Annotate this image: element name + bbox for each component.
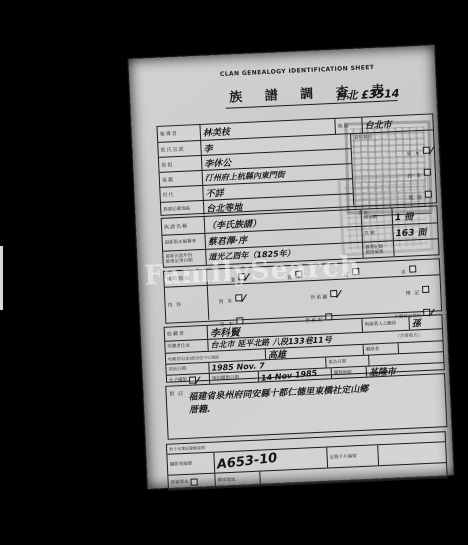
permit-checkbox[interactable] — [189, 376, 196, 383]
office-use-table: 對于本葉紀錄繳卷期 攝影者編號 A653-10 記錄卡片編號 需索複本 郵寄地址 — [166, 431, 448, 491]
relation-value: 孫 — [411, 316, 421, 329]
film-date-label: 預約攝製日期 — [212, 375, 239, 381]
relation-label: 與編著人之關係 — [365, 321, 397, 327]
condition-content-table: 保管狀況 優 良 可 劣 內 容 寫 本 世系圖 傳 記 刊 本 世系表 有關婦… — [163, 258, 442, 324]
film-place-label: 攝製地點 — [334, 370, 352, 376]
material-microfilm-checkbox[interactable] — [425, 191, 432, 198]
content-pedigree-chart[interactable]: 世系圖 — [310, 283, 339, 303]
address-label: 收藏者住址 — [167, 344, 190, 350]
content-biography[interactable]: 傳 記 — [405, 279, 430, 299]
first-ancestor-label: 始祖 — [161, 161, 173, 169]
first-visit-value: 1985 Nov. 7 — [211, 361, 265, 372]
office-strip-label: 對于本葉紀錄繳卷期 — [169, 445, 205, 452]
request-copy-label: 需索複本 — [171, 479, 189, 485]
notes-label: 附 註 — [169, 390, 185, 417]
material-type-option-label: 原 本 — [406, 151, 421, 158]
genealogy-title-value: （李氏族譜） — [207, 216, 262, 231]
photographer-number-value: A653-10 — [216, 450, 278, 472]
material-original-checkbox[interactable] — [423, 147, 430, 154]
genealogy-title-label: 族譜名稱 — [164, 222, 188, 230]
compiler-value: 蔡君澤·序 — [207, 233, 247, 248]
ancestral-home-value: 汀州府上杭縣內東門街 — [205, 169, 285, 184]
handwritten-corner-note: 台北 £3514 — [335, 85, 400, 104]
notes-box: 附 註 福建省泉州府同安縣十都仁德里東橋社定山鄉 厝籍. — [165, 373, 447, 440]
material-type-box: 資料類別 原 本 抄 本 微 捲 其他 — [351, 130, 436, 205]
film-record-label: 攝製紀錄微捲編號 — [365, 244, 383, 255]
center-area-label: 收藏者氏(家)族居住中心地區 — [168, 354, 219, 361]
record-card-label: 記錄卡片編號 — [330, 454, 357, 460]
material-type-option-label: 微 捲 — [408, 195, 423, 202]
material-copy-checkbox[interactable] — [424, 169, 431, 176]
generations-value: 不詳 — [205, 185, 224, 199]
edition-value: 道光乙酉年（1825年） — [208, 248, 295, 263]
condition-fair[interactable]: 可 — [343, 261, 360, 281]
scan-viewport: { "header": { "title_en": "CLAN GENEALOG… — [0, 0, 468, 545]
condition-poor[interactable]: 劣 — [400, 258, 417, 278]
ancestral-home-label: 祖籍 — [162, 176, 174, 184]
content-manuscript[interactable]: 寫 本 — [218, 287, 243, 307]
record-area-value: 台北等地 — [206, 200, 243, 215]
informant-value: 林美枝 — [203, 125, 231, 139]
condition-good[interactable]: 良 — [286, 263, 303, 283]
record-area-label: 族譜記載地區 — [163, 206, 190, 212]
content-label: 內 容 — [167, 300, 182, 308]
volumes-label: 總冊數 — [364, 215, 378, 221]
surname-value: 李 — [203, 141, 213, 154]
area-label: 地區 — [338, 122, 350, 130]
material-type-option-label: 抄 本 — [407, 173, 422, 180]
holder-label: 收藏者 — [167, 330, 185, 338]
scan-edge-artifact — [0, 246, 3, 310]
holder-table: 收藏者 李科賢 與編著人之關係 孫 收藏者住址 台北市 延平北路 八段133巷1… — [164, 314, 445, 383]
edition-label: 最新出版年份最後記事日期 — [165, 253, 192, 264]
first-visit-label: 初訪日期 — [168, 366, 186, 372]
permit-label: 允予攝製 — [169, 377, 187, 383]
request-copy-checkbox[interactable] — [190, 478, 197, 485]
contact-label: 聯絡者 — [366, 347, 380, 353]
holder-value: 李科賢 — [210, 323, 241, 339]
compiler-label: 最新版本編纂者 — [165, 239, 197, 245]
generations-label: 世代 — [162, 191, 174, 199]
surname-label: 姓氏宗派 — [160, 145, 184, 153]
area-value: 台北市 — [364, 117, 392, 131]
volumes-value: 1 冊 — [395, 209, 414, 223]
informant-table: 報導者 林美枝 地區 台北市 姓氏宗派 李 始祖 李休公 祖籍 汀州府上杭縣內東… — [156, 113, 437, 215]
condition-excellent[interactable]: 優 — [229, 266, 246, 286]
informant-label: 報導者 — [160, 130, 178, 138]
mail-address-label: 郵寄地址 — [217, 477, 235, 483]
photographer-number-label: 攝影者編號 — [170, 461, 193, 467]
condition-label: 保管狀況 — [166, 275, 190, 283]
pages-value: 163 面 — [395, 225, 426, 239]
genealogy-form-sheet: CLAN GENEALOGY IDENTIFICATION SHEET 族 譜 … — [128, 45, 453, 488]
revisit-label: 重訪日期 — [328, 359, 346, 365]
first-ancestor-value: 李休公 — [204, 155, 232, 169]
pages-label: 頁 數 — [364, 231, 375, 236]
